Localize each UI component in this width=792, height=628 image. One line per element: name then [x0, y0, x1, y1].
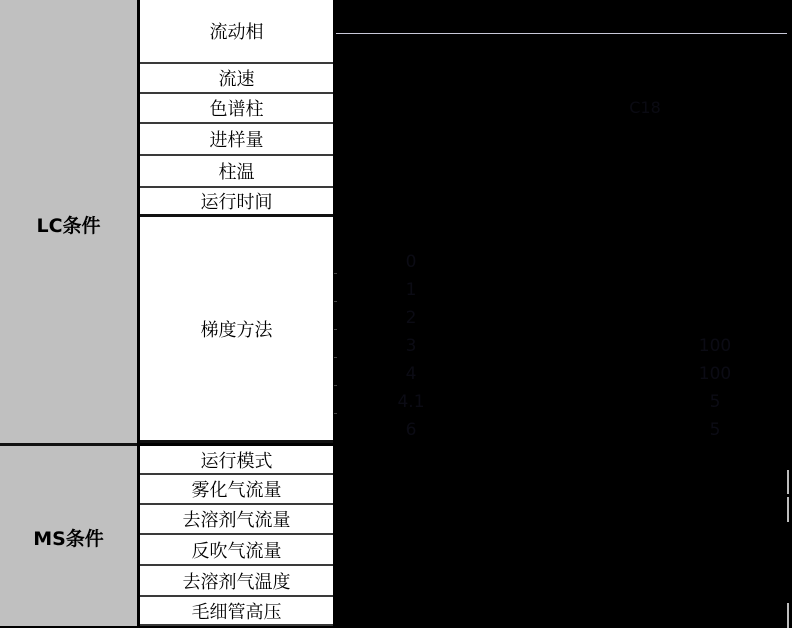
param-injection-volume: 进样量 [140, 124, 333, 156]
gradient-tick [334, 329, 337, 330]
param-mobile-phase: 流动相 [140, 0, 333, 64]
gradient-time: 0 [381, 252, 441, 272]
param-column: 色谱柱 [140, 94, 333, 124]
param-gradient-method: 梯度方法 [140, 217, 333, 443]
param-capillary-voltage: 毛细管高压 [140, 597, 333, 626]
param-label: 柱温 [219, 158, 255, 184]
param-run-time: 运行时间 [140, 188, 333, 217]
param-label: 去溶剂气温度 [183, 568, 291, 594]
param-label: 运行时间 [201, 188, 273, 214]
param-desolvation-gas-flow: 去溶剂气流量 [140, 505, 333, 535]
param-label: 去溶剂气流量 [183, 506, 291, 532]
lc-conditions-header: LC条件 [0, 0, 137, 443]
param-label: 梯度方法 [201, 316, 273, 342]
param-label: 毛细管高压 [192, 598, 282, 624]
param-label: 色谱柱 [210, 95, 264, 121]
gradient-tick [334, 413, 337, 414]
gradient-time: 4 [381, 364, 441, 384]
gradient-time: 2 [381, 308, 441, 328]
gradient-time: 6 [381, 420, 441, 440]
param-backflush-gas-flow: 反吹气流量 [140, 535, 333, 566]
gradient-time: 4.1 [381, 392, 441, 412]
ms-conditions-header: MS条件 [0, 446, 137, 626]
edge-mark [787, 470, 789, 494]
param-label: 进样量 [210, 126, 264, 152]
param-label: 流速 [219, 65, 255, 91]
gradient-percent: 5 [685, 420, 745, 440]
gradient-time: 3 [381, 336, 441, 356]
gradient-tick [334, 273, 337, 274]
param-label: 反吹气流量 [192, 537, 282, 563]
conditions-table: LC条件 MS条件 流动相 流速 色谱柱 进样量 柱温 运行时间 梯度方法 运行… [0, 0, 792, 628]
ms-conditions-label: MS条件 [33, 524, 104, 551]
gradient-percent: 100 [685, 336, 745, 356]
param-flow-rate: 流速 [140, 64, 333, 94]
param-nebulizer-gas-flow: 雾化气流量 [140, 475, 333, 505]
edge-mark [787, 603, 789, 628]
param-desolvation-temp: 去溶剂气温度 [140, 566, 333, 597]
mobile-phase-divider [336, 33, 787, 34]
gradient-time: 1 [381, 280, 441, 300]
gradient-percent: 5 [685, 392, 745, 412]
gradient-tick [334, 301, 337, 302]
gradient-tick [334, 385, 337, 386]
gradient-percent: 100 [685, 364, 745, 384]
column-value: C18 [620, 98, 670, 117]
param-column-temp: 柱温 [140, 156, 333, 188]
param-label: 雾化气流量 [192, 476, 282, 502]
param-run-mode: 运行模式 [140, 446, 333, 475]
param-label: 运行模式 [201, 447, 273, 473]
param-label: 流动相 [210, 18, 264, 44]
lc-conditions-label: LC条件 [36, 211, 100, 238]
edge-mark [787, 497, 789, 522]
gradient-tick [334, 357, 337, 358]
